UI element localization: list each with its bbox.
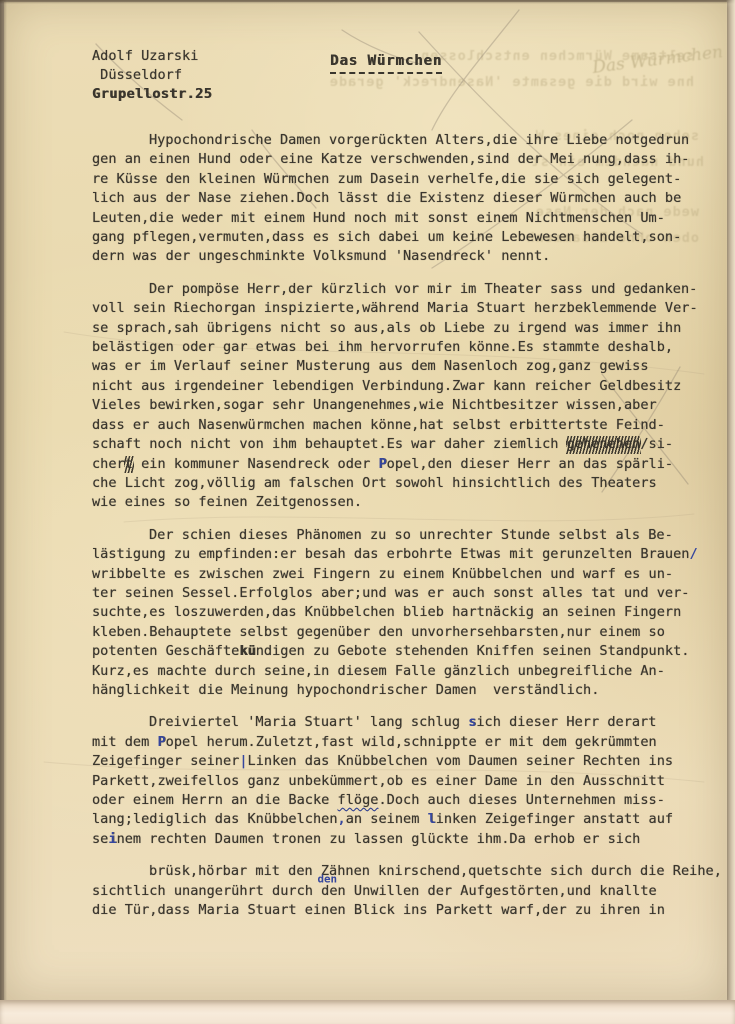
typed-text: die Tür,dass Maria Stuart einen Blick in…: [92, 902, 665, 918]
typed-text: lästigung zu empfinden:er besah das erbo…: [92, 546, 689, 562]
typed-text: hänglichkeit die Meinung hypochondrische…: [92, 682, 599, 698]
typed-text: se: [92, 831, 108, 847]
typed-line: gen an einen Hund oder eine Katze versch…: [92, 150, 712, 169]
typed-line: lang;lediglich das Knübbelchen,an seinem…: [92, 810, 712, 829]
typed-text: was er im Verlauf seiner Musterung aus d…: [92, 358, 649, 374]
typed-line: se sprach,sah übrigens nicht so aus,als …: [92, 319, 712, 338]
typed-line: ter seinen Sessel.Erfolglos aber;und was…: [92, 584, 712, 603]
typed-text: cher: [92, 456, 125, 472]
author-street: Grupellostr.25: [92, 85, 712, 104]
typed-line: belästigen oder gar etwas bei ihm hervor…: [92, 338, 712, 357]
typed-line: suchte,es loszuwerden,das Knübbelchen bl…: [92, 603, 712, 622]
typed-text: nicht aus irgendeiner lebendigen Verbind…: [92, 378, 681, 394]
typed-line: Der schien dieses Phänomen zu so unrecht…: [92, 526, 712, 545]
correction-ink-over: l: [428, 811, 436, 827]
typed-text: belästigen oder gar etwas bei ihm hervor…: [92, 339, 673, 355]
correction-ink-over: i: [108, 831, 116, 847]
typed-line: dern was der ungeschminkte Volksmund 'Na…: [92, 247, 712, 266]
typed-line: Vieles bewirken,sogar sehr Unangenehmes,…: [92, 396, 712, 415]
typed-line: hänglichkeit die Meinung hypochondrische…: [92, 681, 712, 700]
typed-line: sichtlich unangerührt durch denden Unwil…: [92, 882, 712, 901]
typed-text: Dreiviertel 'Maria Stuart' lang schlug: [149, 714, 468, 730]
typed-line: nicht aus irgendeiner lebendigen Verbind…: [92, 377, 712, 396]
correction-ink-over: P: [378, 456, 386, 472]
typed-text: schaft noch nicht von ihm behauptet.Es w…: [92, 436, 567, 452]
typed-text: ich dieser Herr derart: [476, 714, 656, 730]
typed-text: dass er auch Nasenwürmchen machen könne,…: [92, 417, 665, 433]
correction-ink: ,: [338, 811, 346, 827]
correction-ink-over: P: [157, 734, 165, 750]
typed-text: brüsk,hörbar mit den Zähnen knirschend,q…: [149, 863, 722, 879]
document-body: Hypochondrische Damen vorgerückten Alter…: [92, 131, 712, 920]
typed-text: .Doch auch dieses Unternehmen miss-: [378, 792, 664, 808]
typed-text: mit dem: [92, 734, 157, 750]
typed-text: Kurz,es machte durch seine,in diesem Fal…: [92, 663, 665, 679]
typed-text: lich aus der Nase ziehen.Doch lässt die …: [92, 190, 681, 206]
typed-line: Zeigefinger seiner|Linken das Knübbelche…: [92, 752, 712, 771]
typed-text: ndigen zu Gebote stehenden Kniffen seine…: [256, 643, 690, 659]
correction-overtype: kü: [239, 643, 255, 659]
typed-line: Kurz,es machte durch seine,in diesem Fal…: [92, 662, 712, 681]
typed-text: Der schien dieses Phänomen zu so unrecht…: [149, 527, 673, 543]
typed-text: potenten Geschäfte: [92, 643, 239, 659]
typed-line: voll sein Riechorgan inspizierte,während…: [92, 299, 712, 318]
scan-right-edge: [726, 0, 735, 1024]
typed-line: mit dem Popel herum.Zuletzt,fast wild,sc…: [92, 733, 712, 752]
typed-text: Der pompöse Herr,der kürzlich vor mir im…: [149, 281, 697, 297]
typed-text: ein kommuner Nasendreck oder: [133, 456, 379, 472]
typed-line: Der pompöse Herr,der kürzlich vor mir im…: [92, 280, 712, 299]
typed-text: suchte,es loszuwerden,das Knübbelchen bl…: [92, 604, 681, 620]
typed-line: Hypochondrische Damen vorgerückten Alter…: [92, 131, 712, 150]
typed-text: re Küsse den kleinen Würmchen zum Dasein…: [92, 171, 681, 187]
typed-line: schaft noch nicht von ihm behauptet.Es w…: [92, 435, 712, 454]
typed-line: Parkett,zweifellos ganz unbekümmert,ob e…: [92, 772, 712, 791]
typed-text: inken Zeigefinger anstatt auf: [436, 811, 673, 827]
typed-line: brüsk,hörbar mit den Zähnen knirschend,q…: [92, 862, 712, 881]
typed-text: ter seinen Sessel.Erfolglos aber;und was…: [92, 585, 689, 601]
typed-text: opel,den dieser Herr an das spärli-: [387, 456, 673, 472]
typed-content: Adolf Uzarski Düsseldorf Grupellostr.25 …: [4, 2, 712, 920]
paragraph: Hypochondrische Damen vorgerückten Alter…: [92, 131, 712, 267]
typed-text: an seinem: [346, 811, 428, 827]
typed-line: wie eines so feinen Zeitgenossen.: [92, 493, 712, 512]
typed-line: Dreiviertel 'Maria Stuart' lang schlug s…: [92, 713, 712, 732]
typed-text: se sprach,sah übrigens nicht so aus,als …: [92, 320, 681, 336]
paragraph: Der schien dieses Phänomen zu so unrecht…: [92, 526, 712, 701]
typed-line: Leuten,die weder mit einem Hund noch mit…: [92, 209, 712, 228]
typed-line: die Tür,dass Maria Stuart einen Blick in…: [92, 901, 712, 920]
typed-line: chert ein kommuner Nasendreck oder Popel…: [92, 455, 712, 474]
typed-text: Parkett,zweifellos ganz unbekümmert,ob e…: [92, 773, 665, 789]
typed-text: opel herum.Zuletzt,fast wild,schnippte e…: [166, 734, 657, 750]
typed-line: wribbelte es zwischen zwei Fingern zu ei…: [92, 565, 712, 584]
typed-text: lang;lediglich das Knübbelchen: [92, 811, 338, 827]
paragraph: brüsk,hörbar mit den Zähnen knirschend,q…: [92, 862, 712, 920]
scan-top-shadow: [0, 0, 735, 4]
typed-line: potenten Geschäftekündigen zu Gebote ste…: [92, 642, 712, 661]
typed-line: re Küsse den kleinen Würmchen zum Dasein…: [92, 170, 712, 189]
typed-text: wribbelte es zwischen zwei Fingern zu ei…: [92, 566, 673, 582]
typed-line: lästigung zu empfinden:er besah das erbo…: [92, 545, 712, 564]
typed-line: kleben.Behauptete selbst gegenüber den u…: [92, 623, 712, 642]
scan-left-shadow: [0, 0, 7, 1024]
correction-struck: gehenehen: [567, 435, 641, 454]
typed-line: dass er auch Nasenwürmchen machen könne,…: [92, 416, 712, 435]
document-title: Das Würmchen: [330, 52, 442, 74]
typed-text: gen an einen Hund oder eine Katze versch…: [92, 151, 689, 167]
typed-text: sichtlich unangerührt durch: [92, 883, 321, 899]
typed-text: Leuten,die weder mit einem Hund noch mit…: [92, 210, 665, 226]
typed-line: che Licht zog,völlig am falschen Ort sow…: [92, 474, 712, 493]
typed-text: Linken das Knübbelchen vom Daumen seiner…: [248, 753, 674, 769]
correction-ink: /: [689, 546, 697, 562]
typed-text: gang pflegen,vermuten,dass es sich dabei…: [92, 229, 681, 245]
typed-text: nem rechten Daumen tronen zu lassen glüc…: [117, 831, 641, 847]
typed-text: oder einem Herrn an die Backe: [92, 792, 338, 808]
typed-text: wie eines so feinen Zeitgenossen.: [92, 494, 362, 510]
correction-ink-above: den: [318, 872, 338, 888]
correction-ink: |: [239, 753, 247, 769]
typed-line: oder einem Herrn an die Backe flöge.Doch…: [92, 791, 712, 810]
typed-text: che Licht zog,völlig am falschen Ort sow…: [92, 475, 657, 491]
paragraph: Dreiviertel 'Maria Stuart' lang schlug s…: [92, 713, 712, 849]
typed-text: Hypochondrische Damen vorgerückten Alter…: [149, 132, 689, 148]
typed-text: den Unwillen der Aufgestörten,und knallt…: [321, 883, 657, 899]
typed-text: dern was der ungeschminkte Volksmund 'Na…: [92, 248, 550, 264]
typed-line: was er im Verlauf seiner Musterung aus d…: [92, 357, 712, 376]
typed-line: lich aus der Nase ziehen.Doch lässt die …: [92, 189, 712, 208]
typed-text: Zeigefinger seiner: [92, 753, 239, 769]
scan-bottom-edge: [0, 1000, 735, 1024]
typed-text: Vieles bewirken,sogar sehr Unangenehmes,…: [92, 397, 657, 413]
paragraph: Der pompöse Herr,der kürzlich vor mir im…: [92, 280, 712, 513]
typed-text: kleben.Behauptete selbst gegenüber den u…: [92, 624, 665, 640]
paper-sheet: seltsame Würmchen entschlossen hne wird …: [4, 2, 727, 1000]
correction-struck: t: [125, 455, 133, 474]
correction-squiggle: flöge: [338, 792, 379, 808]
typed-text: /si-: [640, 436, 673, 452]
typed-line: gang pflegen,vermuten,dass es sich dabei…: [92, 228, 712, 247]
scanned-document-page: seltsame Würmchen entschlossen hne wird …: [0, 0, 735, 1024]
typed-text: voll sein Riechorgan inspizierte,während…: [92, 300, 698, 316]
typed-line: seinem rechten Daumen tronen zu lassen g…: [92, 830, 712, 849]
